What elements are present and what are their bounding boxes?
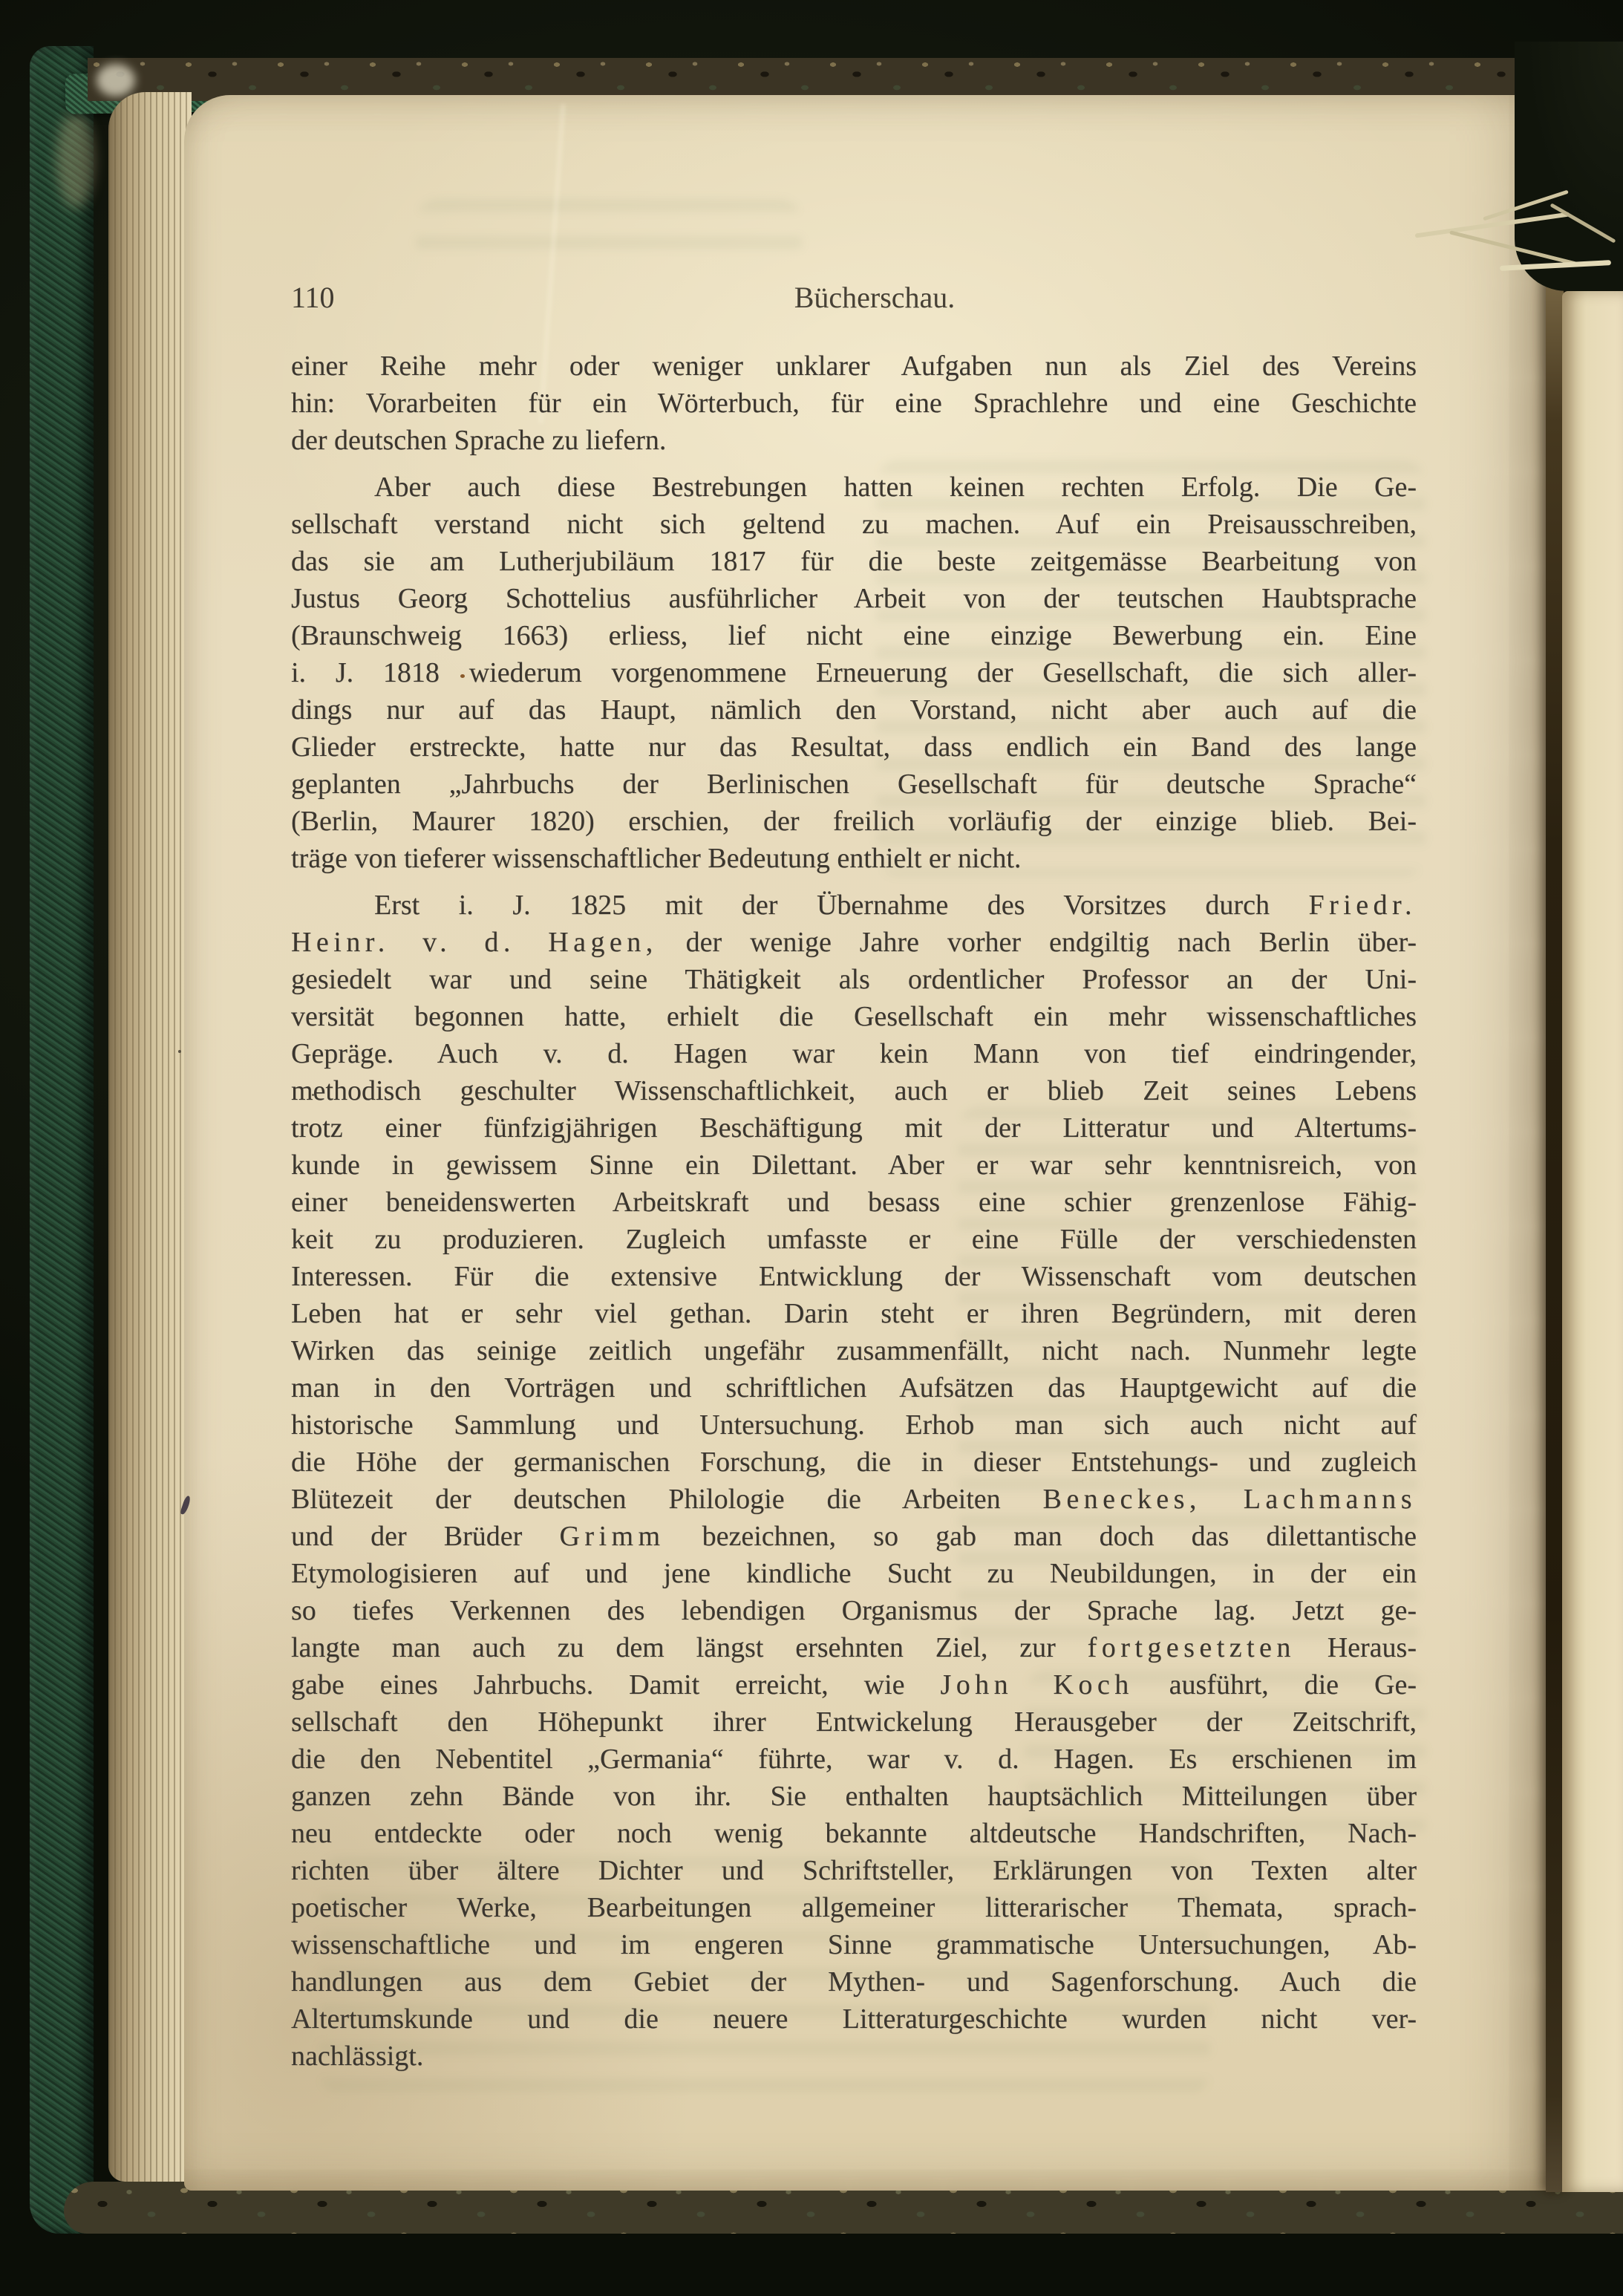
text-line: richten über ältere Dichter und Schrifts… — [291, 1852, 1417, 1889]
show-through-stain — [416, 199, 802, 270]
dust-speck — [178, 1050, 181, 1053]
text-line: Erst i. J. 1825 mit der Übernahme des Vo… — [291, 887, 1417, 924]
text-line: methodisch geschulter Wissenschaftlichke… — [291, 1072, 1417, 1109]
text-line: Leben hat er sehr viel gethan. Darin ste… — [291, 1295, 1417, 1332]
text-line: Justus Georg Schottelius ausführlicher A… — [291, 580, 1417, 617]
text-line: einer Reihe mehr oder weniger unklarer A… — [291, 348, 1417, 385]
text-line: und der Brüder Grimm bezeichnen, so gab … — [291, 1518, 1417, 1555]
text-line: historische Sammlung und Untersuchung. E… — [291, 1406, 1417, 1444]
text-line: Altertumskunde und die neuere Litteratur… — [291, 2000, 1417, 2038]
text-line: gesiedelt war und seine Thätigkeit als o… — [291, 961, 1417, 998]
stacked-page-edges — [108, 92, 192, 2182]
book-gutter-shadow — [1546, 267, 1564, 2192]
text-line: so tiefes Verkennen des lebendigen Organ… — [291, 1592, 1417, 1629]
text-line: ganzen zehn Bände von ihr. Sie enthalten… — [291, 1778, 1417, 1815]
text-line: wissenschaftliche und im engeren Sinne g… — [291, 1926, 1417, 1963]
text-line: die Höhe der germanischen Forschung, die… — [291, 1444, 1417, 1481]
text-line: kunde in gewissem Sinne ein Dilettant. A… — [291, 1147, 1417, 1184]
paragraph: Erst i. J. 1825 mit der Übernahme des Vo… — [291, 887, 1417, 2075]
paragraph: einer Reihe mehr oder weniger unklarer A… — [291, 348, 1417, 459]
text-line: (Braunschweig 1663) erliess, lief nicht … — [291, 617, 1417, 654]
text-line: sellschaft den Höhepunkt ihrer Entwickel… — [291, 1703, 1417, 1741]
dust-speck — [312, 1094, 314, 1096]
text-line: neu entdeckte oder noch wenig bekannte a… — [291, 1815, 1417, 1852]
text-line: trotz einer fünfzigjährigen Beschäftigun… — [291, 1109, 1417, 1147]
text-line: Interessen. Für die extensive Entwicklun… — [291, 1258, 1417, 1295]
text-line: dings nur auf das Haupt, nämlich den Vor… — [291, 691, 1417, 728]
cover-worn-patch — [56, 111, 95, 208]
text-line: einer beneidenswerten Arbeitskraft und b… — [291, 1184, 1417, 1221]
text-line: Etymologisieren auf und jene kindliche S… — [291, 1555, 1417, 1592]
text-line: Gepräge. Auch v. d. Hagen war kein Mann … — [291, 1035, 1417, 1072]
book-scan-photo: 110 Bücherschau. einer Reihe mehr oder w… — [0, 0, 1623, 2296]
text-line: träge von tieferer wissenschaftlicher Be… — [291, 840, 1417, 877]
text-line: (Berlin, Maurer 1820) erschien, der frei… — [291, 803, 1417, 840]
text-line: versität begonnen hatte, erhielt die Ges… — [291, 998, 1417, 1035]
text-line: handlungen aus dem Gebiet der Mythen- un… — [291, 1963, 1417, 2000]
text-line: Wirken das seinige zeitlich ungefähr zus… — [291, 1332, 1417, 1369]
text-block: einer Reihe mehr oder weniger unklarer A… — [291, 348, 1417, 2075]
text-line: geplanten „Jahrbuchs der Berlinischen Ge… — [291, 766, 1417, 803]
facing-page-edge — [1562, 291, 1623, 2192]
text-line: poetischer Werke, Bearbeitungen allgemei… — [291, 1889, 1417, 1926]
text-line: das sie am Lutherjubiläum 1817 für die b… — [291, 543, 1417, 580]
frayed-fibers-top-left — [97, 64, 135, 97]
text-line: Heinr. v. d. Hagen, der wenige Jahre vor… — [291, 924, 1417, 961]
book-cover-left-edge — [30, 46, 94, 2234]
text-line: Blütezeit der deutschen Philologie die A… — [291, 1481, 1417, 1518]
text-line: sellschaft verstand nicht sich geltend z… — [291, 506, 1417, 543]
text-line: die den Nebentitel „Germania“ führte, wa… — [291, 1741, 1417, 1778]
paragraph: Aber auch diese Bestrebungen hatten kein… — [291, 469, 1417, 877]
text-line: keit zu produzieren. Zugleich umfasste e… — [291, 1221, 1417, 1258]
text-line: nachlässigt. — [291, 2038, 1417, 2075]
text-line: man in den Vorträgen und schriftlichen A… — [291, 1369, 1417, 1406]
text-line: Aber auch diese Bestrebungen hatten kein… — [291, 469, 1417, 506]
page-header: 110 Bücherschau. — [291, 279, 1417, 316]
text-line: Glieder erstreckte, hatte nur das Result… — [291, 728, 1417, 766]
running-title: Bücherschau. — [291, 279, 1417, 316]
text-line: gabe eines Jahrbuchs. Damit erreicht, wi… — [291, 1666, 1417, 1703]
text-line: der deutschen Sprache zu liefern. — [291, 422, 1417, 459]
text-line: i. J. 1818 wiederum vorgenommene Erneuer… — [291, 654, 1417, 691]
text-line: langte man auch zu dem längst ersehnten … — [291, 1629, 1417, 1666]
foxing-spot — [460, 674, 465, 678]
text-line: hin: Vorarbeiten für ein Wörterbuch, für… — [291, 385, 1417, 422]
